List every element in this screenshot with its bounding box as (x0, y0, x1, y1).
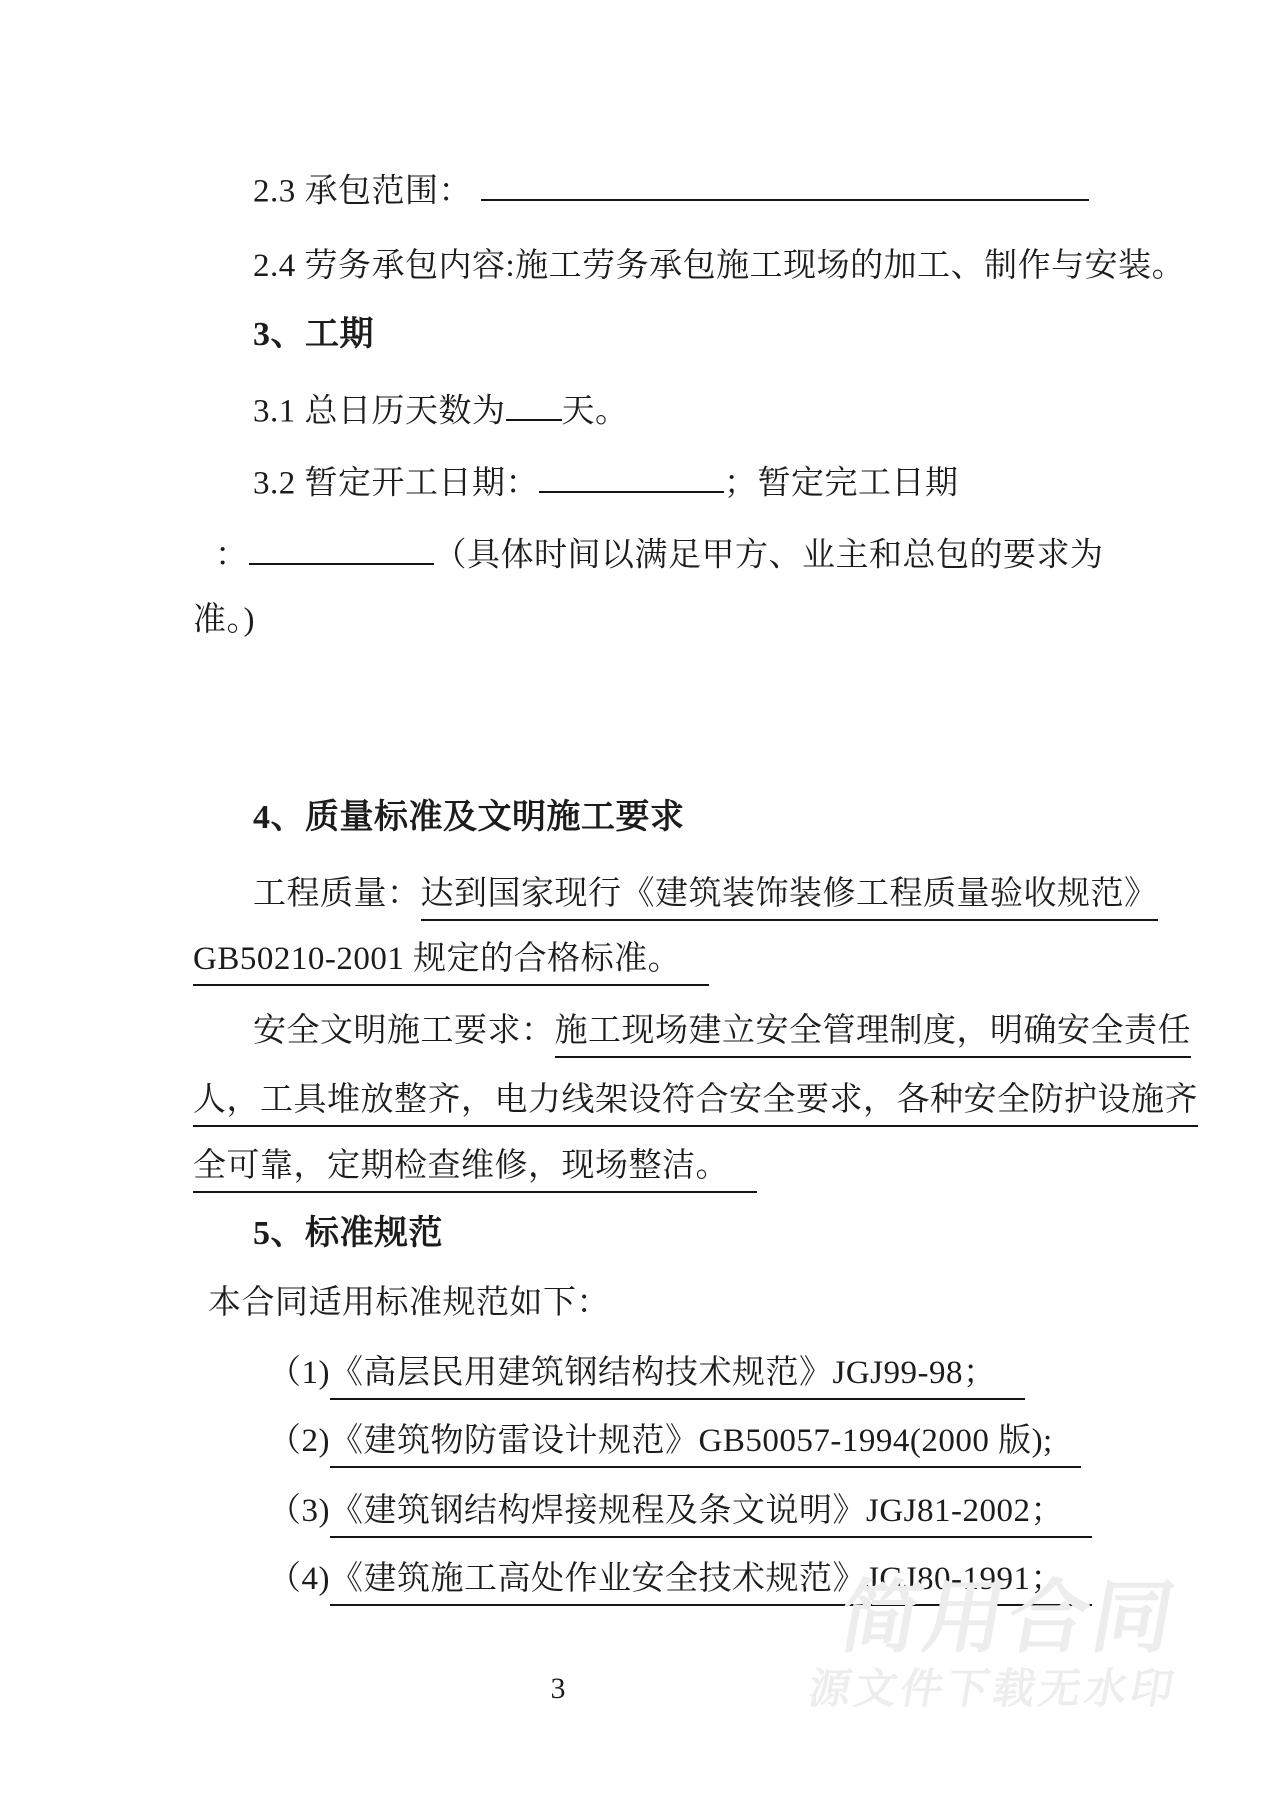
clause-2-3: 2.3 承包范围： (193, 163, 1188, 214)
section-3-heading: 3、工期 (193, 312, 1188, 358)
watermark-subtitle: 源文件下载无水印 (805, 1666, 1181, 1712)
standard-item: （2)《建筑物防雷设计规范》GB50057-1994(2000 版); (268, 1418, 1203, 1464)
clause-3-2-mid: ；暂定完工日期 (724, 465, 959, 501)
fill-blank-start-date (539, 455, 724, 493)
clause-3-2: 3.2 暂定开工日期：；暂定完工日期 (193, 455, 1188, 506)
standard-item-no: （1) (268, 1355, 330, 1391)
quality-clause-continued: GB50210-2001 规定的合格标准。 (193, 936, 1128, 982)
clause-2-4-text: 2.4 劳务承包内容:施工劳务承包施工现场的加工、制作与安装。 (253, 248, 1185, 284)
quality-value: 达到国家现行《建筑装饰装修工程质量验收规范》 (421, 876, 1158, 921)
safety-cont1-text: 人，工具堆放整齐，电力线架设符合安全要求，各种安全防护设施齐 (193, 1082, 1198, 1127)
clause-3-1-post: 天。 (562, 393, 629, 429)
section-3-heading-text: 3、工期 (253, 316, 374, 353)
safety-value: 施工现场建立安全管理制度，明确安全责任 (555, 1013, 1192, 1058)
clause-2-4: 2.4 劳务承包内容:施工劳务承包施工现场的加工、制作与安装。 (193, 243, 1188, 289)
clause-3-2-end: 准。) (193, 597, 1128, 643)
quality-cont-text: GB50210-2001 规定的合格标准。 (193, 941, 709, 986)
section-5-heading-text: 5、标准规范 (253, 1215, 443, 1252)
standard-item-no: （2) (268, 1423, 330, 1459)
safety-clause-line3: 全可靠，定期检查维修，现场整洁。 (193, 1143, 1128, 1189)
fill-blank-days (506, 383, 562, 421)
safety-clause: 安全文明施工要求：施工现场建立安全管理制度，明确安全责任 (193, 1008, 1188, 1054)
section-4-heading: 4、质量标准及文明施工要求 (193, 795, 1188, 841)
page-number: 3 (543, 1672, 573, 1706)
clause-3-2-pre: 3.2 暂定开工日期： (253, 465, 539, 501)
standards-intro: 本合同适用标准规范如下： (208, 1280, 1143, 1326)
section-5-heading: 5、标准规范 (193, 1211, 1188, 1257)
standard-item-text: 《建筑钢结构焊接规程及条文说明》JGJ81-2002； (330, 1493, 1092, 1538)
clause-3-2-cont-pre: ： (215, 537, 249, 573)
clause-3-1: 3.1 总日历天数为天。 (193, 383, 1188, 434)
standard-item: （1)《高层民用建筑钢结构技术规范》JGJ99-98； (268, 1350, 1203, 1396)
standard-item-no: （4) (268, 1561, 330, 1597)
clause-3-1-pre: 3.1 总日历天数为 (253, 393, 506, 429)
standard-item-no: （3) (268, 1493, 330, 1529)
safety-clause-line2: 人，工具堆放整齐，电力线架设符合安全要求，各种安全防护设施齐 (193, 1077, 1128, 1123)
standards-intro-text: 本合同适用标准规范如下： (208, 1285, 610, 1321)
clause-3-2-end-text: 准。) (193, 602, 255, 638)
clause-2-3-label: 2.3 承包范围： (253, 173, 472, 209)
section-4-heading-text: 4、质量标准及文明施工要求 (253, 799, 685, 836)
safety-label: 安全文明施工要求： (253, 1013, 555, 1049)
watermark-title: 简用合同 (834, 1576, 1185, 1660)
fill-blank-finish-date (249, 527, 434, 565)
standard-item: （3)《建筑钢结构焊接规程及条文说明》JGJ81-2002； (268, 1488, 1203, 1534)
quality-clause: 工程质量：达到国家现行《建筑装饰装修工程质量验收规范》 (193, 871, 1188, 917)
contract-page: 2.3 承包范围： 2.4 劳务承包内容:施工劳务承包施工现场的加工、制作与安装… (0, 0, 1280, 1810)
standard-item-text: 《建筑物防雷设计规范》GB50057-1994(2000 版); (330, 1423, 1081, 1468)
standard-item-text: 《高层民用建筑钢结构技术规范》JGJ99-98； (330, 1355, 1025, 1400)
clause-3-2-continued: ：（具体时间以满足甲方、业主和总包的要求为 (215, 527, 1150, 578)
fill-blank-scope (481, 163, 1089, 201)
safety-cont2-text: 全可靠，定期检查维修，现场整洁。 (193, 1148, 757, 1193)
clause-3-2-cont-post: （具体时间以满足甲方、业主和总包的要求为 (434, 537, 1104, 573)
quality-label: 工程质量： (253, 876, 421, 912)
